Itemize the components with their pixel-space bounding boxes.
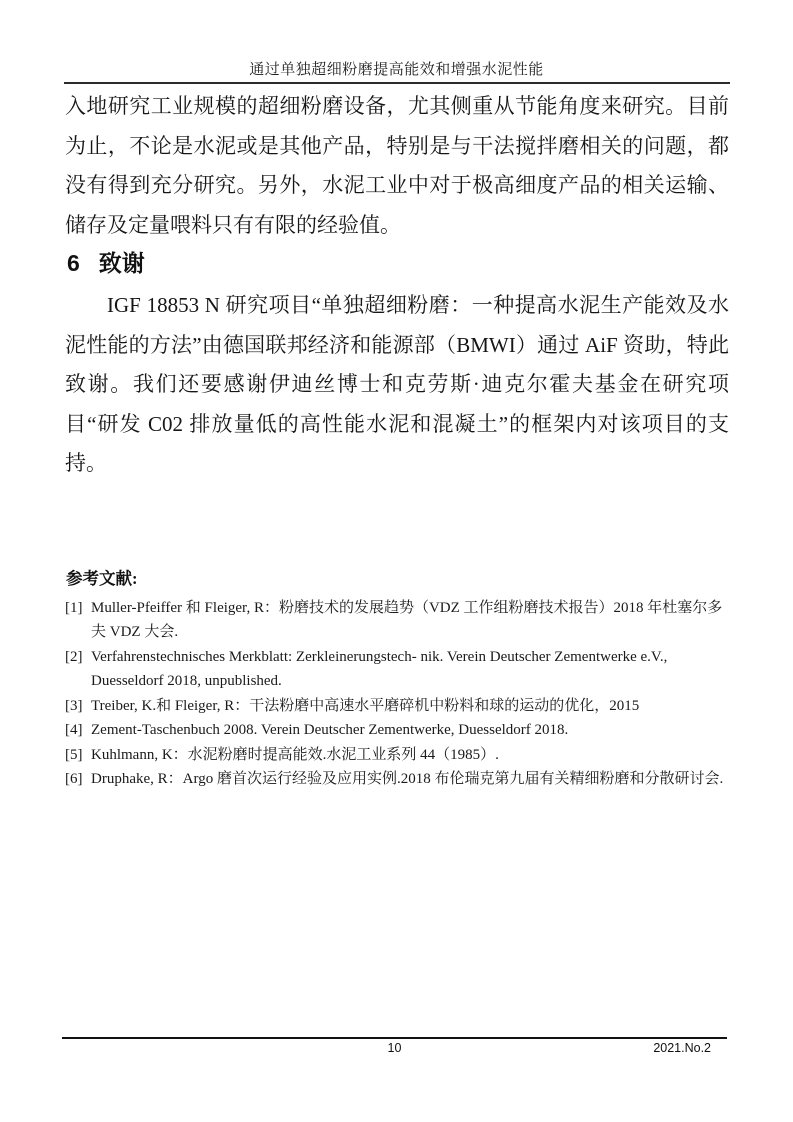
header-rule [64, 82, 730, 84]
reference-text: Muller-Pfeiffer 和 Fleiger, R：粉磨技术的发展趋势（V… [91, 596, 729, 645]
page-footer: 10 2021.No.2 [62, 1037, 727, 1059]
paragraph-acknowledgement: IGF 18853 N 研究项目“单独超细粉磨：一种提高水泥生产能效及水泥性能的… [65, 286, 729, 484]
running-header-title: 通过单独超细粉磨提高能效和增强水泥性能 [0, 61, 793, 80]
document-page: 通过单独超细粉磨提高能效和增强水泥性能 入地研究工业规模的超细粉磨设备，尤其侧重… [0, 0, 793, 1122]
page-number: 10 [62, 1041, 727, 1055]
issue-number: 2021.No.2 [653, 1041, 711, 1055]
reference-number: [2] [65, 645, 91, 694]
reference-item: [3] Treiber, K.和 Fleiger, R：干法粉磨中高速水平磨碎机… [65, 694, 729, 719]
reference-item: [2] Verfahrenstechnisches Merkblatt: Zer… [65, 645, 729, 694]
section-number: 6 [67, 248, 80, 278]
references-heading: 参考文献: [66, 569, 729, 589]
reference-number: [1] [65, 596, 91, 645]
reference-item: [1] Muller-Pfeiffer 和 Fleiger, R：粉磨技术的发展… [65, 596, 729, 645]
running-header: 通过单独超细粉磨提高能效和增强水泥性能 [0, 0, 793, 84]
reference-text: Kuhlmann, K：水泥粉磨时提高能效.水泥工业系列 44（1985）. [91, 743, 729, 768]
reference-text: Druphake, R：Argo 磨首次运行经验及应用实例.2018 布伦瑞克第… [91, 767, 729, 792]
footer-row: 10 2021.No.2 [62, 1041, 727, 1059]
section-heading-acknowledgement: 6致谢 [67, 248, 729, 278]
references-list: [1] Muller-Pfeiffer 和 Fleiger, R：粉磨技术的发展… [65, 596, 729, 792]
reference-text: Zement-Taschenbuch 2008. Verein Deutsche… [91, 718, 729, 743]
paragraph-continued: 入地研究工业规模的超细粉磨设备，尤其侧重从节能角度来研究。目前为止，不论是水泥或… [65, 87, 729, 245]
reference-number: [4] [65, 718, 91, 743]
page-content: 入地研究工业规模的超细粉磨设备，尤其侧重从节能角度来研究。目前为止，不论是水泥或… [65, 87, 729, 792]
section-title: 致谢 [99, 250, 145, 276]
reference-text: Treiber, K.和 Fleiger, R：干法粉磨中高速水平磨碎机中粉料和… [91, 694, 729, 719]
reference-item: [6] Druphake, R：Argo 磨首次运行经验及应用实例.2018 布… [65, 767, 729, 792]
reference-item: [5] Kuhlmann, K：水泥粉磨时提高能效.水泥工业系列 44（1985… [65, 743, 729, 768]
footer-rule [62, 1037, 727, 1039]
reference-number: [6] [65, 767, 91, 792]
reference-number: [3] [65, 694, 91, 719]
reference-number: [5] [65, 743, 91, 768]
reference-item: [4] Zement-Taschenbuch 2008. Verein Deut… [65, 718, 729, 743]
reference-text: Verfahrenstechnisches Merkblatt: Zerklei… [91, 645, 729, 694]
